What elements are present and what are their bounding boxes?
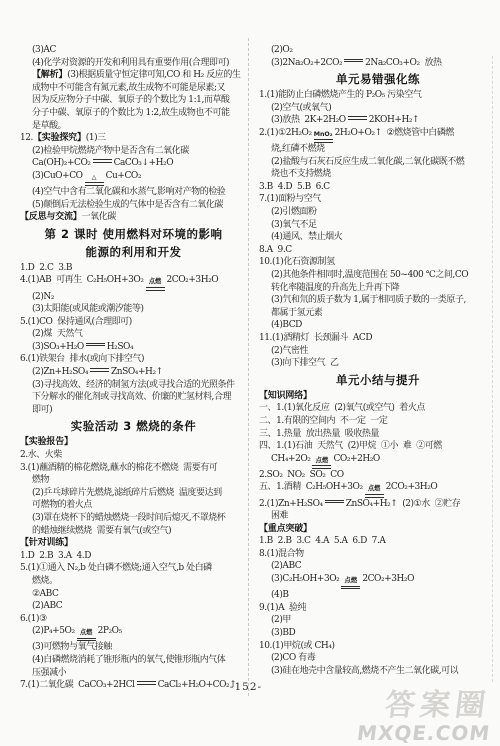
double-line-equals	[348, 116, 367, 120]
text-line: (3)AC	[20, 44, 247, 57]
text-line: (2)N₂	[20, 291, 247, 304]
text-line: (4)BCD	[259, 319, 497, 332]
bold-label: 【重点突破】	[259, 524, 312, 534]
text-line: 3.B 4.D 5.B 6.C	[259, 181, 497, 194]
double-line-equals	[325, 500, 344, 504]
text-line: 【知识网络】	[259, 390, 497, 403]
text-line: 四、1.(1)石油 天然气 (2)甲烷 ①小 难 ②可燃	[259, 440, 497, 453]
text-line: 都属于氢元素	[259, 307, 497, 320]
text-line: 是草酸。	[20, 120, 247, 133]
reaction-condition: MnO₂	[314, 132, 333, 143]
text-line: 1.D 2.C 3.B	[20, 262, 247, 275]
right-column: (2)O₂(3)2Na₂O₂+2CO₂2Na₂CO₃+O₂ 放热单元易错强化练1…	[247, 44, 497, 692]
text-line: ②ABC	[20, 588, 247, 601]
text-line: (3)BD	[259, 627, 497, 640]
text-line: 下分解水的催化剂或寻找高效、价廉的贮氢材料,合理	[20, 391, 247, 404]
condition-text: △	[92, 175, 97, 182]
text-line: (2)CO 有毒	[259, 652, 497, 665]
reaction-condition: △	[85, 175, 104, 186]
page-number: -152-	[200, 681, 292, 693]
text-line: CH₄+2O₂点燃CO₂+2H₂O	[259, 453, 497, 469]
text-line: (4)白磷燃烧消耗了锥形瓶内的氧气,使锥形瓶内气体	[20, 654, 247, 667]
double-line-equals	[137, 681, 156, 685]
text-line: 困难	[259, 510, 497, 523]
bold-label: 【针对训练】	[20, 538, 73, 548]
section-header: 第 2 课时 使用燃料对环境的影响	[20, 227, 247, 242]
reaction-condition: 点燃	[146, 279, 165, 290]
bold-label: 【实验探究】	[33, 133, 86, 143]
text-line: (2)Zn+H₂SO₄ZnSO₄+H₂↑	[20, 366, 247, 379]
text-line: 三、1.热量 放出热量 吸收热量	[259, 428, 497, 441]
text-line: (2)检验甲烷燃烧产物中是否含有二氧化碳	[20, 145, 247, 158]
text-line: (4)化学对资源的开发和利用具有重要作用(合理即可)	[20, 57, 247, 70]
text-line: 烧也不支持燃烧	[259, 168, 497, 181]
text-line: 烧,红磷不燃烧	[259, 143, 497, 156]
text-line: 6.(1)铁架台 排水(或向下排空气)	[20, 353, 247, 366]
condition-text: 点燃	[345, 578, 358, 585]
left-column: (3)AC(4)化学对资源的开发和利用具有重要作用(合理即可)【解析】(3)根据…	[20, 44, 247, 692]
bold-label: 【解析】	[32, 70, 67, 80]
text-line: (3)硅在地壳中含量较高,燃烧不产生二氧化碳,可以	[259, 665, 497, 678]
double-line-equals	[341, 586, 360, 590]
text-line: (2)气密性	[259, 345, 497, 358]
text-line: 【解析】(3)根据质量守恒定律可知,CO 和 H₂ 反应的生	[20, 69, 247, 82]
text-line: 1.(1)能防止白磷燃烧产生的 P₂O₅ 污染空气	[259, 89, 497, 102]
text-line: 10.(1)甲烷(或 CH₄)	[259, 640, 497, 653]
text-line: (3)CuO+CO△Cu+CO₂	[20, 170, 247, 186]
text-line: (3)寻找高效、经济的制氢方法(或寻找合适的光照条件	[20, 379, 247, 392]
page-edge-line	[492, 56, 493, 682]
text-line: 二、1.有限的空间内 不一定 一定	[259, 415, 497, 428]
text-line: (3)氕和氘的质子数为 1,属于相同质子数的一类原子,	[259, 294, 497, 307]
text-line: 即可)	[20, 404, 247, 417]
text-line: (3)2Na₂O₂+2CO₂2Na₂CO₃+O₂ 放热	[259, 57, 497, 70]
text-line: (3)太阳能(或风能或潮汐能等)	[20, 303, 247, 316]
text-line: (2)甲	[259, 614, 497, 627]
text-line: 燃物	[20, 474, 247, 487]
text-line: 5.(1)①通入 N₂,b 处白磷不燃烧;通入空气,b 处白磷	[20, 562, 247, 575]
condition-text: 点燃	[80, 630, 93, 637]
text-line: (2)乒乓球碎片先燃烧,滤纸碎片后燃烧 温度要达到	[20, 487, 247, 500]
text-line: 2.SO₂ NO₂ SO₂ CO	[259, 469, 497, 482]
text-line: (2)煤 天然气	[20, 328, 247, 341]
text-line: 【反思与交流】一氧化碳	[20, 211, 247, 224]
text-line: 成物中不可能含有氮元素,故生成物不可能是尿素;又	[20, 82, 247, 95]
text-line: 【实验报告】	[20, 436, 247, 449]
text-line: 12.【实验探究】(1)三	[20, 132, 247, 145]
text-line: (3)可燃物与氧气接触	[20, 641, 247, 654]
text-line: (5)颠倒后无法检验生成的气体中是否含有二氧化碳	[20, 199, 247, 212]
text-line: (2)O₂	[259, 44, 497, 57]
text-line: 一、1.(1)氧化反应 (2)氧气(或空气) 着火点	[259, 402, 497, 415]
text-line: 9.(1)A 验纯	[259, 602, 497, 615]
text-line: 4.(1)AB 可再生 C₂H₅OH+3O₂点燃2CO₂+3H₂O	[20, 274, 247, 290]
text-line: (2)P₄+5O₂点燃2P₂O₅	[20, 625, 247, 641]
text-line: (2)引燃面粉	[259, 206, 497, 219]
bold-label: 【实验报告】	[20, 437, 73, 447]
double-line-equals	[365, 494, 384, 498]
text-line: 【针对训练】	[20, 537, 247, 550]
text-line: (3)SO₃+H₂OH₂SO₄	[20, 341, 247, 354]
section-header: 单元易错强化练	[259, 72, 497, 87]
watermark-logo: 答案圈	[355, 690, 492, 721]
text-line: (2)ABC	[259, 560, 497, 573]
text-line: (2)盐酸与石灰石反应生成二氧化碳,二氧化碳既不燃	[259, 156, 497, 169]
double-line-equals	[90, 368, 109, 372]
text-line: 3.(1)蘸酒精的棉花燃烧,蘸水的棉花不燃烧 需要有可	[20, 462, 247, 475]
text-line: 7.(1)面粉与空气	[259, 193, 497, 206]
text-line: Ca(OH)₂+CO₂CaCO₃↓+H₂O	[20, 157, 247, 170]
bold-label: 【反思与交流】	[20, 212, 82, 222]
bold-label: 【知识网络】	[259, 391, 312, 401]
section-header: 能源的利用和开发	[20, 245, 247, 260]
text-line: 分子中碳、氧原子的个数比为 1:2,故生成物也不可能	[20, 107, 247, 120]
text-line: 8.(1)混合物	[259, 548, 497, 561]
text-line: (3)罩在烧杯下的蜡烛燃烧一段时间后熄灭,不罩烧杯	[20, 512, 247, 525]
scanned-answer-page: (3)AC(4)化学对资源的开发和利用具有重要作用(合理即可)【解析】(3)根据…	[0, 0, 500, 746]
reaction-condition: 点燃	[365, 486, 384, 497]
text-line: 因为反应物分子中碳、氧原子的个数比为 1:1,而草酸	[20, 94, 247, 107]
text-line: (3)放热 2K+2H₂O2KOH+H₂↑	[259, 114, 497, 127]
double-line-equals	[146, 287, 165, 291]
condition-text: 点燃	[149, 279, 162, 286]
text-line: 10.(1)化石资源制氢	[259, 256, 497, 269]
text-line: (4)B	[259, 589, 497, 602]
reaction-condition: 点燃	[312, 458, 331, 469]
text-line: (2)空气(或氧气)	[259, 102, 497, 115]
text-line: 【重点突破】	[259, 523, 497, 536]
double-line-equals	[86, 343, 105, 347]
condition-text: 点燃	[368, 486, 381, 493]
text-line: 2.水、火柴	[20, 449, 247, 462]
text-line: (4)通风、禁止烟火	[259, 231, 497, 244]
text-line: 5.(1)CO 保持通风(合理即可)	[20, 316, 247, 329]
condition-text: 点燃	[316, 458, 329, 465]
column-divider-line	[248, 38, 249, 696]
section-header: 实验活动 3 燃烧的条件	[20, 419, 247, 434]
text-line: 2.(1)①2H₂O₂MnO₂2H₂O+O₂↑ ②燃烧管中白磷燃	[259, 127, 497, 143]
text-line: 压强减小	[20, 667, 247, 680]
double-line-equals	[93, 159, 112, 163]
text-line: 燃烧。	[20, 575, 247, 588]
text-line: 1.B 2.B 3.C 4.A 5.A 6.D 7.A	[259, 535, 497, 548]
reaction-condition: 点燃	[77, 630, 96, 641]
text-line: 五、1.酒精 C₂H₅OH+3O₂点燃2CO₂+3H₂O	[259, 481, 497, 497]
text-line: (3)氧气不足	[259, 219, 497, 232]
text-line: 1.D 2.B 3.A 4.D	[20, 550, 247, 563]
double-line-equals	[344, 59, 363, 63]
text-line: (4)空气中含有二氧化碳和水蒸气,影响对产物的检验	[20, 186, 247, 199]
watermark-site: MXQE.COM	[356, 723, 492, 744]
text-line: (3)C₂H₅OH+3O₂点燃2CO₂+3H₂O	[259, 573, 497, 589]
text-line: 可燃物的着火点	[20, 499, 247, 512]
watermark: 答案圈 MXQE.COM	[357, 690, 490, 744]
page-body: (3)AC(4)化学对资源的开发和利用具有重要作用(合理即可)【解析】(3)根据…	[20, 44, 497, 692]
condition-text: MnO₂	[314, 132, 333, 139]
text-line: 2.(1)Zn+H₂SO₄ZnSO₄+H₂↑ (2)①水 ②贮存	[259, 498, 497, 511]
text-line: (3)向下排空气 乙	[259, 357, 497, 370]
text-line: 6.(1)③	[20, 613, 247, 626]
text-line: 的蜡烛继续燃烧 需要有氧气(或空气)	[20, 525, 247, 538]
text-line: 11.(1)酒精灯 长颈漏斗 ACD	[259, 332, 497, 345]
text-line: (2)ABC	[20, 600, 247, 613]
text-line: (2)其他条件相同时,温度范围在 50~400 ℃之间,CO	[259, 269, 497, 282]
section-header: 单元小结与提升	[259, 373, 497, 388]
text-line: 8.A 9.C	[259, 244, 497, 257]
text-line: 转化率随温度的升高先上升再下降	[259, 282, 497, 295]
reaction-condition: 点燃	[341, 578, 360, 589]
